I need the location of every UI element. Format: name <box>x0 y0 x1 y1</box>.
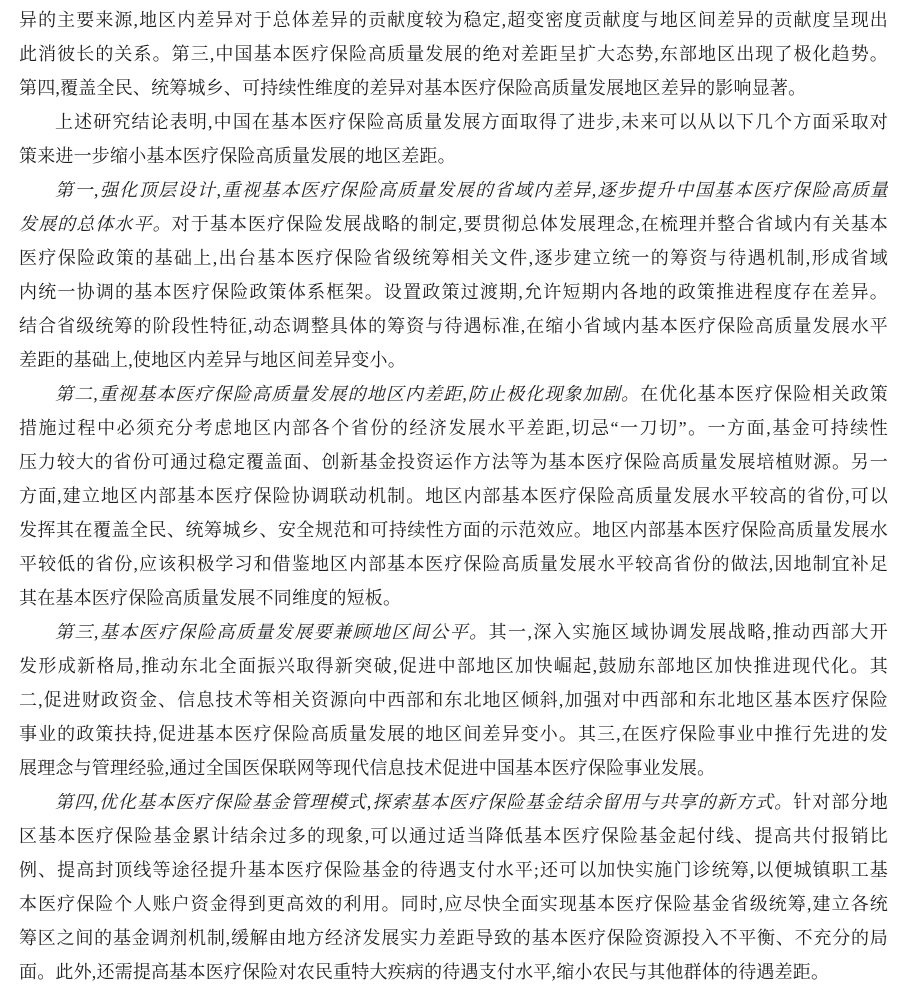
text-segment-kai: 第一,强化顶层设计,重视基本医疗保险高质量发展的省域内差异,逐步提升中国基本医疗… <box>55 180 888 200</box>
text-line: 二,促进财政资金、信息技术等相关资源向中西部和东北地区倾斜,加强对中西部和东北地… <box>19 683 888 717</box>
text-line: 结合省级统筹的阶段性特征,动态调整具体的筹资与待遇标准,在缩小省域内基本医疗保险… <box>19 309 888 343</box>
text-line: 例、提高封顶线等途径提升基本医疗保险基金的待遇支付水平;还可以加快实施门诊统筹,… <box>19 853 888 887</box>
text-segment-kai: 第三,基本医疗保险高质量发展要兼顾地区间公平。 <box>55 622 489 642</box>
text-segment-song: 此消彼长的关系。第三,中国基本医疗保险高质量发展的绝对差距呈扩大态势,东部地区出… <box>19 44 888 64</box>
text-line: 面。此外,还需提高基本医疗保险对农民重特大疾病的待遇支付水平,缩小农民与其他群体… <box>19 955 888 989</box>
text-line: 第四,优化基本医疗保险基金管理模式,探索基本医疗保险基金结余留用与共享的新方式。… <box>19 785 888 819</box>
text-segment-song: 展理念与管理经验,通过全国医保联网等现代信息技术促进中国基本医疗保险事业发展。 <box>19 758 715 778</box>
text-segment-song: 措施过程中必须充分考虑地区内部各个省份的经济发展水平差距,切忌“一刀切”。一方面… <box>19 418 888 438</box>
text-line: 筹区之间的基金调剂机制,缓解由地方经济发展实力差距导致的基本医疗保险资源投入不平… <box>19 921 888 955</box>
text-segment-kai: 第二,重视基本医疗保险高质量发展的地区内差距,防止极化现象加剧。 <box>55 384 640 404</box>
text-segment-song: 例、提高封顶线等途径提升基本医疗保险基金的待遇支付水平;还可以加快实施门诊统筹,… <box>19 860 888 880</box>
text-line: 平较低的省份,应该积极学习和借鉴地区内部基本医疗保险高质量发展水平较高省份的做法… <box>19 547 888 581</box>
text-segment-song: 区基本医疗保险基金累计结余过多的现象,可以通过适当降低基本医疗保险基金起付线、提… <box>19 826 888 846</box>
text-segment-song: 压力较大的省份可通过稳定覆盖面、创新基金投资运作方法等为基本医疗保险高质量发展培… <box>19 452 888 472</box>
text-segment-song: 结合省级统筹的阶段性特征,动态调整具体的筹资与待遇标准,在缩小省域内基本医疗保险… <box>19 316 888 336</box>
text-line: 展理念与管理经验,通过全国医保联网等现代信息技术促进中国基本医疗保险事业发展。 <box>19 751 888 785</box>
text-line: 发挥其在覆盖全民、统筹城乡、安全规范和可持续性方面的示范效应。地区内部基本医疗保… <box>19 513 888 547</box>
text-line: 第四,覆盖全民、统筹城乡、可持续性维度的差异对基本医疗保险高质量发展地区差异的影… <box>19 71 888 105</box>
text-line: 第二,重视基本医疗保险高质量发展的地区内差距,防止极化现象加剧。在优化基本医疗保… <box>19 377 888 411</box>
text-line: 区基本医疗保险基金累计结余过多的现象,可以通过适当降低基本医疗保险基金起付线、提… <box>19 819 888 853</box>
text-line: 第三,基本医疗保险高质量发展要兼顾地区间公平。其一,深入实施区域协调发展战略,推… <box>19 615 888 649</box>
text-line: 策来进一步缩小基本医疗保险高质量发展的地区差距。 <box>19 139 888 173</box>
text-line: 发形成新格局,推动东北全面振兴取得新突破,促进中部地区加快崛起,鼓励东部地区加快… <box>19 649 888 683</box>
text-line: 其在基本医疗保险高质量发展不同维度的短板。 <box>19 581 888 615</box>
text-line: 发展的总体水平。对于基本医疗保险发展战略的制定,要贯彻总体发展理念,在梳理并整合… <box>19 207 888 241</box>
text-segment-song: 第四,覆盖全民、统筹城乡、可持续性维度的差异对基本医疗保险高质量发展地区差异的影… <box>19 78 806 98</box>
text-segment-kai: 发展的总体水平。 <box>19 214 172 234</box>
text-line: 方面,建立地区内部基本医疗保险协调联动机制。地区内部基本医疗保险高质量发展水平较… <box>19 479 888 513</box>
document-page: 异的主要来源,地区内差异对于总体差异的贡献度较为稳定,超变密度贡献度与地区间差异… <box>0 0 909 989</box>
text-segment-song: 差距的基础上,使地区内差异与地区间差异变小。 <box>19 350 406 370</box>
text-line: 事业的政策扶持,促进基本医疗保险高质量发展的地区间差异变小。其三,在医疗保险事业… <box>19 717 888 751</box>
text-line: 内统一协调的基本医疗保险政策体系框架。设置政策过渡期,允许短期内各地的政策推进程… <box>19 275 888 309</box>
text-segment-song: 二,促进财政资金、信息技术等相关资源向中西部和东北地区倾斜,加强对中西部和东北地… <box>19 690 888 710</box>
text-segment-song: 平较低的省份,应该积极学习和借鉴地区内部基本医疗保险高质量发展水平较高省份的做法… <box>19 554 888 574</box>
text-line: 措施过程中必须充分考虑地区内部各个省份的经济发展水平差距,切忌“一刀切”。一方面… <box>19 411 888 445</box>
text-segment-song: 内统一协调的基本医疗保险政策体系框架。设置政策过渡期,允许短期内各地的政策推进程… <box>19 282 888 302</box>
text-segment-song: 上述研究结论表明,中国在基本医疗保险高质量发展方面取得了进步,未来可以从以下几个… <box>55 112 888 132</box>
text-segment-song: 事业的政策扶持,促进基本医疗保险高质量发展的地区间差异变小。其三,在医疗保险事业… <box>19 724 888 744</box>
text-segment-song: 针对部分地 <box>793 792 888 812</box>
text-segment-kai: 第四,优化基本医疗保险基金管理模式,探索基本医疗保险基金结余留用与共享的新方式。 <box>55 792 793 812</box>
text-segment-song: 其一,深入实施区域协调发展战略,推动西部大开 <box>489 622 888 642</box>
text-segment-song: 医疗保险政策的基础上,出台基本医疗保险省级统筹相关文件,逐步建立统一的筹资与待遇… <box>19 248 888 268</box>
text-segment-song: 在优化基本医疗保险相关政策 <box>640 384 888 404</box>
text-line: 此消彼长的关系。第三,中国基本医疗保险高质量发展的绝对差距呈扩大态势,东部地区出… <box>19 37 888 71</box>
document-text: 异的主要来源,地区内差异对于总体差异的贡献度较为稳定,超变密度贡献度与地区间差异… <box>19 3 888 989</box>
text-line: 本医疗保险个人账户资金得到更高效的利用。同时,应尽快全面实现基本医疗保险基金省级… <box>19 887 888 921</box>
text-segment-song: 筹区之间的基金调剂机制,缓解由地方经济发展实力差距导致的基本医疗保险资源投入不平… <box>19 928 888 948</box>
text-line: 压力较大的省份可通过稳定覆盖面、创新基金投资运作方法等为基本医疗保险高质量发展培… <box>19 445 888 479</box>
text-segment-song: 异的主要来源,地区内差异对于总体差异的贡献度较为稳定,超变密度贡献度与地区间差异… <box>19 10 888 30</box>
text-segment-song: 其在基本医疗保险高质量发展不同维度的短板。 <box>19 588 401 608</box>
text-line: 差距的基础上,使地区内差异与地区间差异变小。 <box>19 343 888 377</box>
text-segment-song: 策来进一步缩小基本医疗保险高质量发展的地区差距。 <box>19 146 456 166</box>
text-line: 医疗保险政策的基础上,出台基本医疗保险省级统筹相关文件,逐步建立统一的筹资与待遇… <box>19 241 888 275</box>
text-segment-song: 发挥其在覆盖全民、统筹城乡、安全规范和可持续性方面的示范效应。地区内部基本医疗保… <box>19 520 888 540</box>
text-segment-song: 方面,建立地区内部基本医疗保险协调联动机制。地区内部基本医疗保险高质量发展水平较… <box>19 486 888 506</box>
text-line: 异的主要来源,地区内差异对于总体差异的贡献度较为稳定,超变密度贡献度与地区间差异… <box>19 3 888 37</box>
text-segment-song: 发形成新格局,推动东北全面振兴取得新突破,促进中部地区加快崛起,鼓励东部地区加快… <box>19 656 888 676</box>
text-segment-song: 本医疗保险个人账户资金得到更高效的利用。同时,应尽快全面实现基本医疗保险基金省级… <box>19 894 888 914</box>
text-line: 第一,强化顶层设计,重视基本医疗保险高质量发展的省域内差异,逐步提升中国基本医疗… <box>19 173 888 207</box>
text-line: 上述研究结论表明,中国在基本医疗保险高质量发展方面取得了进步,未来可以从以下几个… <box>19 105 888 139</box>
text-segment-song: 对于基本医疗保险发展战略的制定,要贯彻总体发展理念,在梳理并整合省域内有关基本 <box>172 214 888 234</box>
text-segment-song: 面。此外,还需提高基本医疗保险对农民重特大疾病的待遇支付水平,缩小农民与其他群体… <box>19 962 829 982</box>
